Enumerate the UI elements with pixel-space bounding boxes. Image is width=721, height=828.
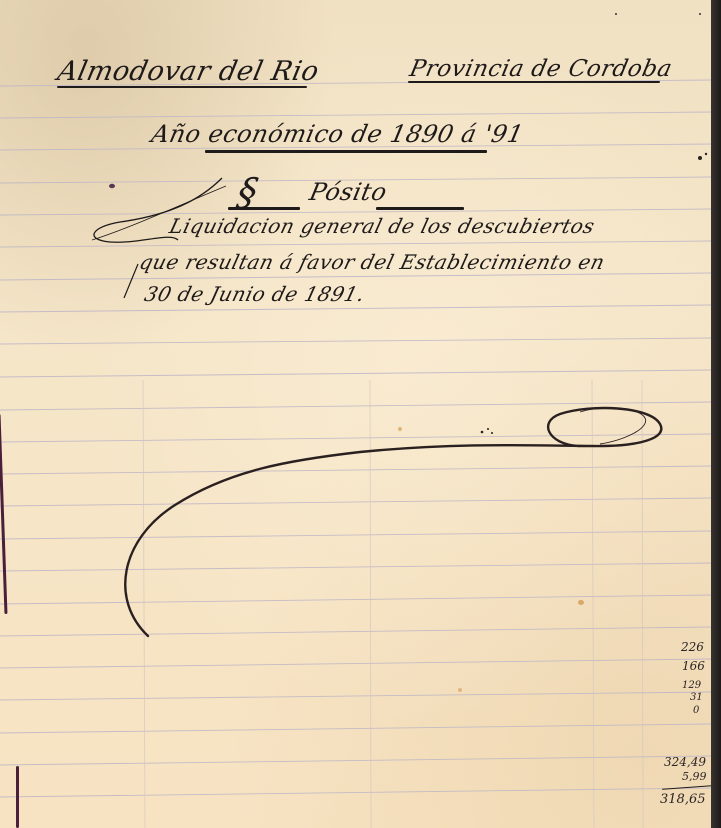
margin-figure: 0 [693, 705, 699, 716]
margin-total-subtotal: 324,49 [664, 755, 706, 769]
margin-total-deduction: 5,99 [682, 770, 707, 783]
margin-figure: 166 [682, 659, 705, 673]
margin-figure: 226 [681, 640, 704, 654]
paper-stain [458, 688, 462, 692]
ledger-page: Almodovar del Rio Provincia de Cordoba A… [0, 0, 712, 828]
margin-figure: 129 [682, 680, 701, 691]
scan-edge [711, 0, 721, 828]
margin-figure: 31 [690, 692, 703, 703]
paper-stain [398, 427, 402, 431]
ink-flourishes [0, 0, 721, 828]
paper-stain [578, 600, 584, 605]
margin-total-result: 318,65 [660, 792, 706, 807]
